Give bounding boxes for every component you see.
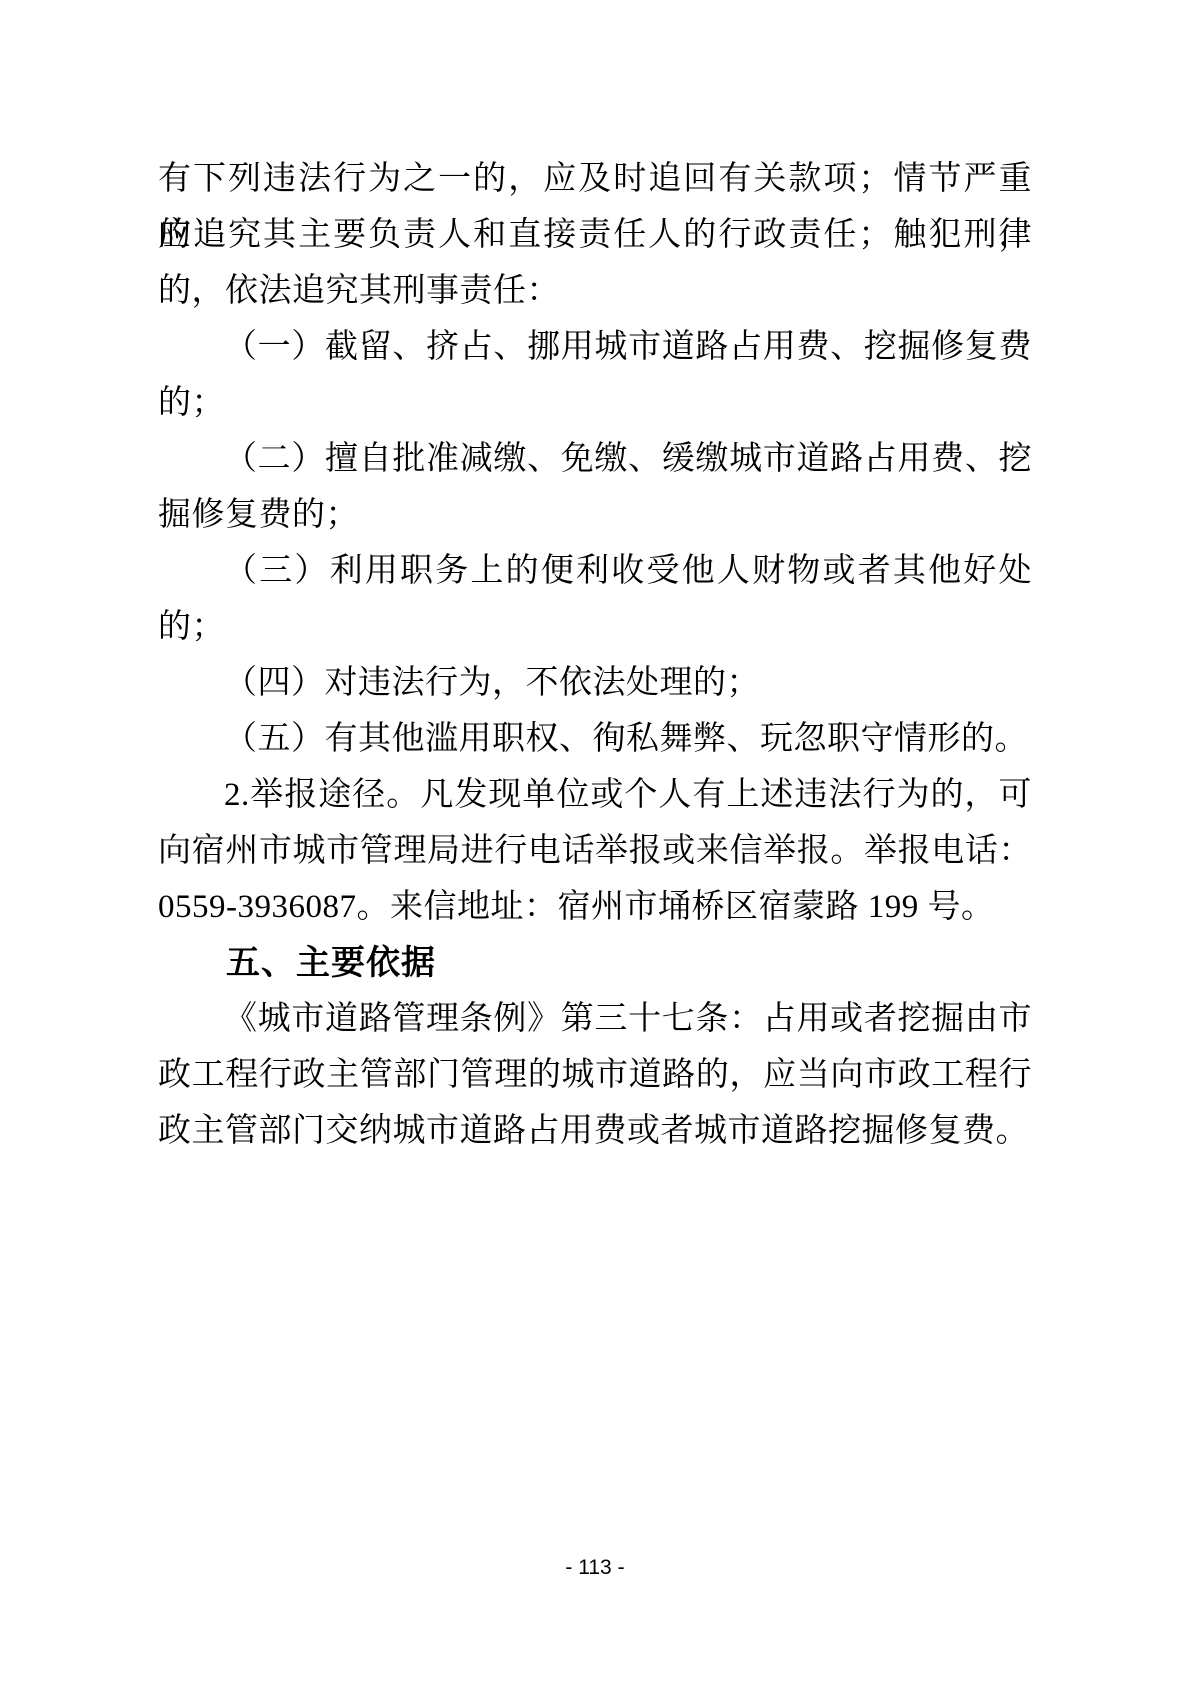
page-number: - 113 -: [0, 1556, 1190, 1580]
text-line: 掘修复费的；: [158, 487, 1032, 543]
text-line: （五）有其他滥用职权、徇私舞弊、玩忽职守情形的。: [158, 711, 1032, 767]
text-line: 的；: [158, 599, 1032, 655]
text-line: 0559-3936087。来信地址：宿州市埇桥区宿蒙路 199 号。: [158, 879, 1032, 935]
text-line: 向宿州市城市管理局进行电话举报或来信举报。举报电话：: [158, 823, 1032, 879]
text-line: 应追究其主要负责人和直接责任人的行政责任；触犯刑律: [158, 207, 1032, 263]
document-body: 有下列违法行为之一的，应及时追回有关款项；情节严重的， 应追究其主要负责人和直接…: [158, 151, 1032, 1159]
text-line: （二）擅自批准减缴、免缴、缓缴城市道路占用费、挖: [158, 431, 1032, 487]
text-line: 政主管部门交纳城市道路占用费或者城市道路挖掘修复费。: [158, 1103, 1032, 1159]
document-page: 有下列违法行为之一的，应及时追回有关款项；情节严重的， 应追究其主要负责人和直接…: [0, 0, 1190, 1683]
text-line: 2.举报途径。凡发现单位或个人有上述违法行为的，可: [158, 767, 1032, 823]
text-line: 的；: [158, 375, 1032, 431]
text-line: （三）利用职务上的便利收受他人财物或者其他好处: [158, 543, 1032, 599]
text-line: 政工程行政主管部门管理的城市道路的，应当向市政工程行: [158, 1047, 1032, 1103]
text-line: 的，依法追究其刑事责任：: [158, 263, 1032, 319]
section-heading: 五、主要依据: [158, 935, 1032, 991]
text-line: 有下列违法行为之一的，应及时追回有关款项；情节严重的，: [158, 151, 1032, 207]
text-line: 《城市道路管理条例》第三十七条：占用或者挖掘由市: [158, 991, 1032, 1047]
text-line: （一）截留、挤占、挪用城市道路占用费、挖掘修复费: [158, 319, 1032, 375]
text-line: （四）对违法行为，不依法处理的；: [158, 655, 1032, 711]
